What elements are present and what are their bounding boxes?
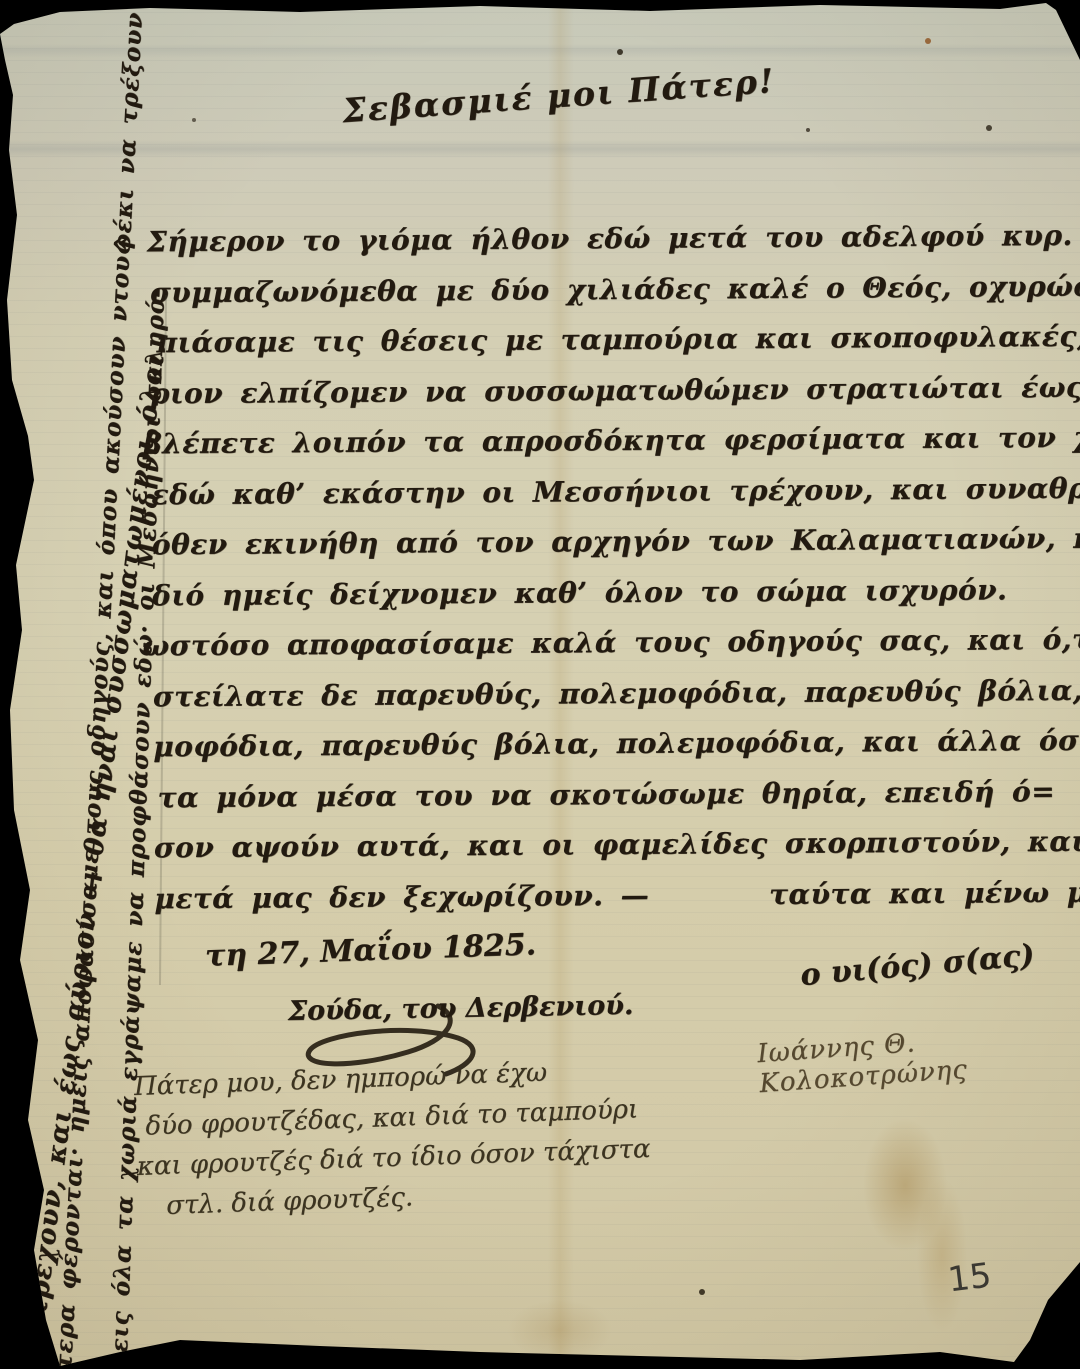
body-line-end: μετά μας δεν ξεχωρίζουν. — [154,878,649,914]
letter-body: « Σήμερον το γιόμα ήλθον εδώ μετά του αδ… [150,211,1080,925]
body-line: σον αψούν αυτά, και οι φαμελίδες σκορπισ… [154,817,1080,874]
letter-salutation: Σεβασμιέ μοι Πάτερ! [341,61,776,130]
closing-phrase: ταύτα και μένω μέ σέβας [769,874,1080,910]
body-line: όθεν εκινήθη από τον αρχηγόν των Καλαματ… [152,514,1080,571]
body-line: εδώ καθ’ εκάστην οι Μεσσήνιοι τρέχουν, κ… [151,463,1080,520]
body-line: τα μόνα μέσα του να σκοτώσωμε θηρία, επε… [157,766,1080,823]
postscript: Πάτερ μου, δεν ημπορώ να έχω δύο φρουτζέ… [133,1049,652,1227]
signature: Ιωάννης Θ. Κολοκοτρώνης [756,1017,1080,1099]
page-number: 15 [946,1256,994,1301]
body-line: ριον ελπίζομεν να συσσωματωθώμεν στρατιώ… [151,362,1080,419]
paper-sheet: Σεβασμιέ μοι Πάτερ! « Σήμερον το γιόμα ή… [0,0,1080,1369]
body-line: στείλατε δε παρευθύς, πολεμοφόδια, παρευ… [153,665,1080,722]
ink-speck [0,0,4,4]
body-line: συμμαζωνόμεθα με δύο χιλιάδες καλέ ο Θεό… [150,261,1080,318]
body-line: μοφόδια, παρευθύς βόλια, πολεμοφόδια, κα… [153,716,1080,773]
body-line: διό ημείς δείχνομεν καθ’ όλον το σώμα ισ… [152,564,1080,621]
scanned-letter-screenshot: { "colors": { "scan_background": "#00000… [0,0,1080,1369]
body-line: βλέπετε λοιπόν τα απροσδόκητα φερσίματα … [143,413,1080,470]
body-line: ωστόσο αποφασίσαμε καλά τους οδηγούς σας… [142,615,1080,672]
date-line: τη 27, Μαΐου 1825. [204,927,536,974]
body-line: πιάσαμε τις θέσεις με ταμπούρια και σκοπ… [156,312,1080,369]
valediction: ο υι(ός) σ(ας) [799,938,1036,993]
body-line-with-closing: μετά μας δεν ξεχωρίζουν. —ταύτα και μένω… [154,867,1080,924]
body-line: « Σήμερον το γιόμα ήλθον εδώ μετά του αδ… [112,211,1080,268]
